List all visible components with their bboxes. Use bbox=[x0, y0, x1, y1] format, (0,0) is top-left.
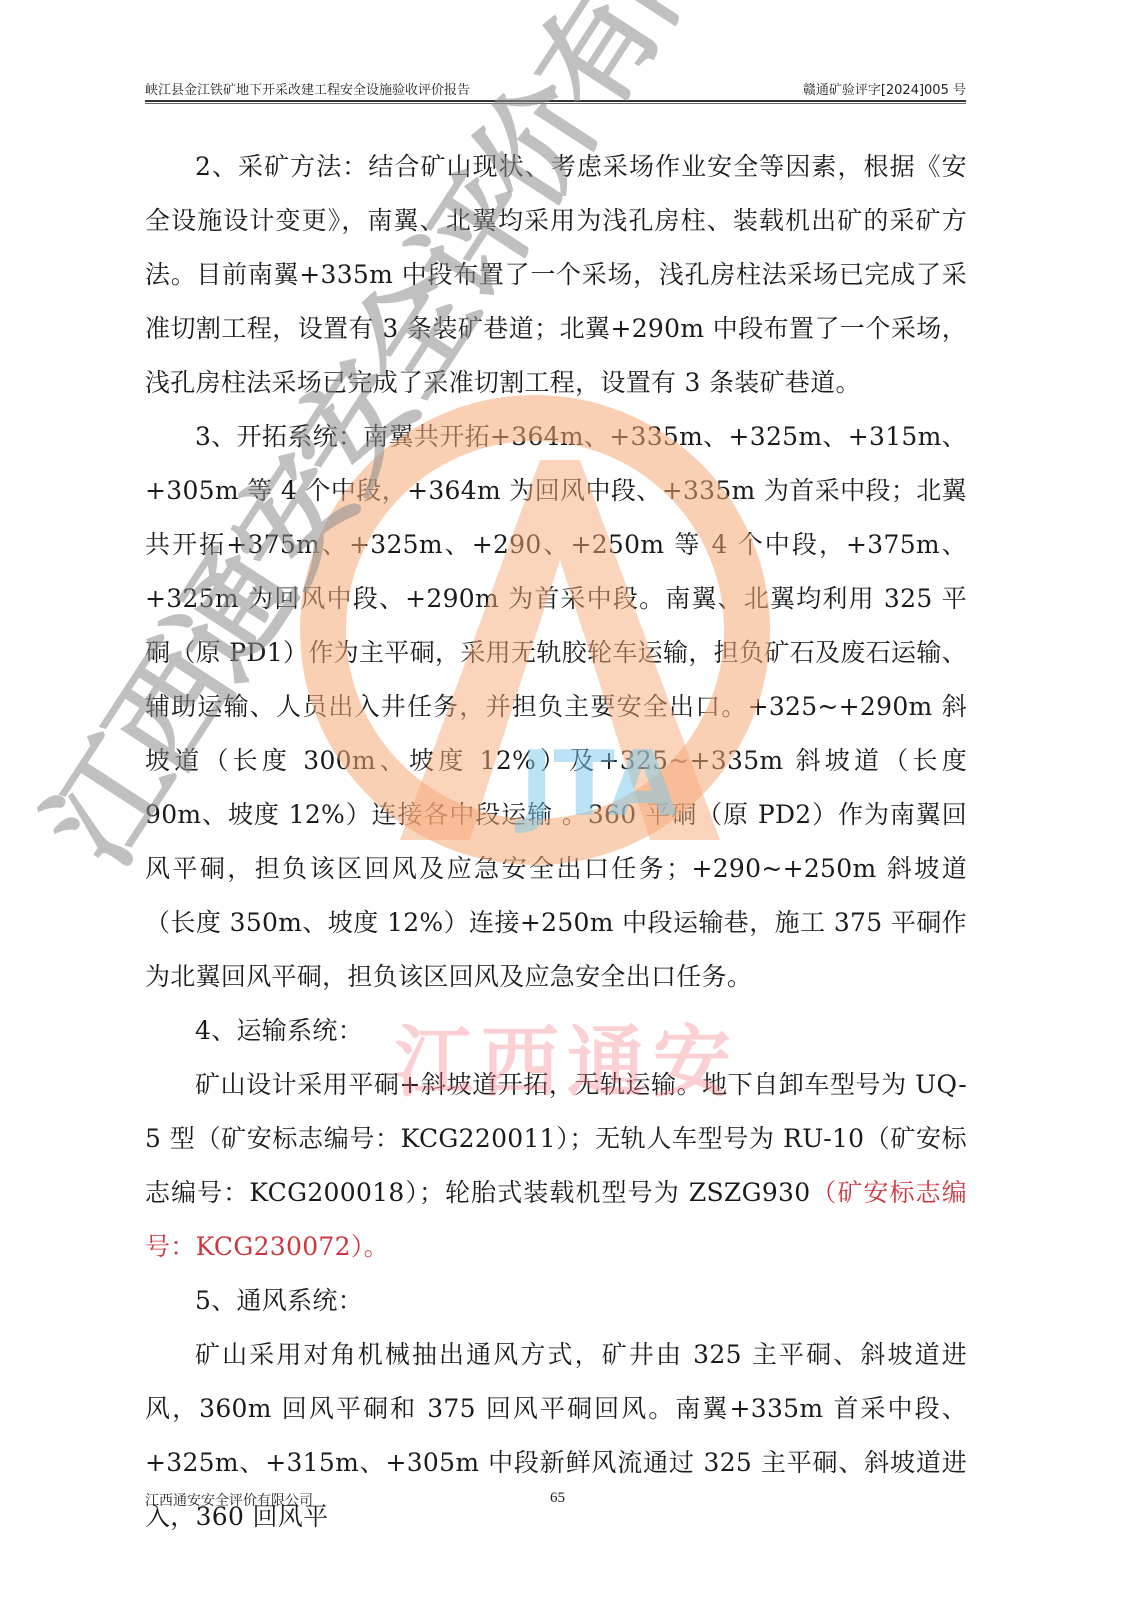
paragraph-ventilation-system: 矿山采用对角机械抽出通风方式，矿井由 325 主平硐、斜坡道进风，360m 回风… bbox=[145, 1328, 967, 1544]
document-body: 2、采矿方法：结合矿山现状、考虑采场作业安全等因素，根据《安全设施设计变更》，南… bbox=[145, 140, 967, 1544]
paragraph-transport-system: 矿山设计采用平硐+斜坡道开拓，无轨运输。地下自卸车型号为 UQ-5 型（矿安标志… bbox=[145, 1058, 967, 1274]
heading-ventilation-system: 5、通风系统： bbox=[145, 1274, 967, 1328]
report-title: 峡江县金江铁矿地下开采改建工程安全设施验收评价报告 bbox=[145, 79, 470, 98]
footer-company: 江西通安安全评价有限公司 bbox=[145, 1493, 313, 1509]
paragraph-development-system: 3、开拓系统：南翼共开拓+364m、+335m、+325m、+315m、+305… bbox=[145, 410, 967, 1004]
header-divider-thin bbox=[145, 103, 966, 104]
paragraph-mining-method: 2、采矿方法：结合矿山现状、考虑采场作业安全等因素，根据《安全设施设计变更》，南… bbox=[145, 140, 967, 410]
page-header: 峡江县金江铁矿地下开采改建工程安全设施验收评价报告 赣通矿验评字[2024]00… bbox=[145, 76, 966, 98]
page-footer: 江西通安安全评价有限公司 65 bbox=[145, 1490, 967, 1510]
page-number: 65 bbox=[550, 1490, 565, 1507]
heading-transport-system: 4、运输系统： bbox=[145, 1004, 967, 1058]
header-divider bbox=[145, 100, 966, 102]
document-number: 赣通矿验评字[2024]005 号 bbox=[803, 79, 966, 98]
